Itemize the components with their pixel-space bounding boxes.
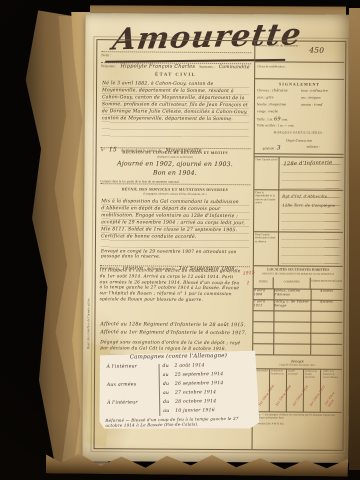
nom-row: Nom : (101, 43, 251, 53)
decision-subtitle: (Indiquer la date de la décision) (97, 155, 254, 159)
affectation-territoriale: Dans l'armée territoriale et dans sa rés… (254, 231, 343, 267)
matricule-box: Numéro matricule du recrutement : 450 (255, 41, 344, 63)
campagne-row-5-sep: du (163, 400, 169, 405)
campagne-row-6-sep: au (163, 409, 169, 414)
decision-line2: Bon en 1904. (96, 169, 253, 177)
taille-value: 69 (274, 116, 281, 122)
localites-row2-date: 7 avril 1913 (253, 299, 274, 310)
red-margin-number: 1 (247, 281, 250, 286)
epoque-subtitle: à laquelle l'homme doit passer dans : (253, 363, 342, 367)
affectation-territoriale-label: Dans l'armée territoriale et dans sa rés… (254, 231, 279, 265)
signalement-title: SIGNALEMENT (255, 81, 344, 87)
blank-cell (253, 321, 274, 332)
prenoms-value: Hippolyte François Charles (120, 63, 195, 70)
blank-cell (253, 332, 274, 343)
campagne-row-3-label: Aux armées (107, 382, 136, 387)
mobilisation-text: (1) Rappelé à l'activité par décret de m… (99, 268, 242, 321)
campagnes-slip: Campagnes (contre l'Allemagne) À l'intér… (98, 350, 259, 431)
blank-cell (273, 332, 311, 343)
bouche-value: moyenne (269, 102, 286, 106)
epoque-table: la disponibilité la réserve de l'armée a… (253, 368, 342, 413)
generale-value: 3 (277, 144, 281, 151)
localites-row1-subdivision: Amiens (311, 289, 343, 300)
affectation-active-label: Dans l'armée active (254, 156, 279, 189)
slip-brace-line (159, 364, 161, 416)
localites-row1-commune: Saleux, canton d'Amiens (274, 288, 312, 299)
etat-civil-title: ÉTAT CIVIL (97, 71, 254, 77)
campagne-row-1-label: À l'intérieur (107, 364, 138, 369)
footnote-2: la Section (Art. 4 de la loi). (255, 422, 340, 426)
prenoms-label: Prénoms : (101, 64, 116, 68)
taille-label: Taille : 1 m. (257, 117, 273, 121)
services-text: Mis à la disposition du Gal commandant l… (101, 198, 249, 248)
sig-visage: visage : ovale (257, 109, 278, 113)
right-column: Numéro matricule du recrutement : 450 Cl… (252, 41, 345, 450)
campagne-row-5-date: 28 octobre 1914 (175, 399, 216, 405)
surnoms-value: Commandité (219, 65, 250, 70)
matricule-value: 450 (309, 46, 324, 55)
affecte-line-1: Affecté au 128e Régiment d'Infanterie le… (100, 322, 248, 328)
campagne-row-3-date: 26 septembre 1914 (175, 381, 224, 387)
sig-bouche: bouche : moyenne (257, 102, 286, 106)
localites-row-blank-4 (253, 343, 342, 356)
localites-subtitle: PAR SUITE DE CHANGEMENTS DE DOMICILE OU … (254, 272, 343, 276)
register-page: Amourette Rayé des contrôles de l'armée … (82, 13, 351, 463)
surnoms-label: Surnoms : (199, 65, 215, 69)
yeux-value: gris (266, 95, 273, 99)
campagne-row-4-date: 27 octobre 1914 (175, 390, 216, 396)
menton-label: menton : (301, 103, 313, 107)
localites-col-dates: DATES (254, 277, 274, 288)
matricule-label: Numéro matricule du recrutement : (257, 44, 301, 48)
cheveux-value: châtains (272, 88, 288, 92)
visage-value: ovale (268, 109, 278, 113)
localites-col-subdivision: SUBDIVISION DE RÉGION (311, 278, 343, 289)
footnote-1: Nota. — Les époques ci-dessus ne concern… (255, 413, 340, 420)
campagne-row-1-date: 2 août 1914 (175, 363, 205, 368)
visage-label: visage : (257, 109, 267, 113)
nez-label: nez : (301, 96, 308, 100)
affectation-reserve-value1: Rgt d'Inf. d'Abbeville (282, 193, 327, 198)
blank-cell (273, 310, 311, 321)
sig-cheveux: Cheveux : châtains (257, 88, 288, 92)
localites-row2-subdivision: Amiens (310, 300, 342, 311)
margin-note: Rayé des contrôles de l'armée active (86, 249, 91, 349)
menton-value: rond (314, 103, 323, 107)
instruction-militaire: militaire : (307, 145, 320, 149)
book-right-edge (349, 8, 360, 470)
bouche-label: bouche : (257, 102, 269, 106)
campagne-row-1-sep: du (163, 364, 169, 369)
tirage-row: N° 15 du tirage dans le canton de Moyenn… (101, 138, 251, 149)
front-value: ordinaire (310, 89, 328, 93)
marques-label: MARQUES PARTICULIÈRES : (255, 130, 344, 135)
campagne-row-4-sep: au (163, 391, 169, 396)
generale-label: générale : (263, 146, 276, 150)
compris-line: Compris dans la 1re partie de la liste d… (100, 179, 250, 185)
classe-label: Classe de mobilisation : (257, 65, 301, 69)
affectation-reserve-label: Dans la disponibilité et la réserve de l… (254, 189, 279, 231)
classe-box: Classe de mobilisation : (255, 61, 344, 80)
front-label: front : (301, 89, 309, 93)
affectation-territoriale-lines (281, 231, 341, 265)
campagne-row-2-sep: au (163, 373, 169, 378)
blank-cell (273, 343, 311, 354)
sig-menton: menton : rond (301, 103, 323, 107)
instruction-label: Degré d'instruction (255, 138, 344, 143)
localites-title: LOCALITÉS SUCCESSIVES HABITÉES (254, 267, 343, 272)
localites-row2-commune: Cachy, c. de Villers-Bocage (273, 299, 311, 310)
campagnes-note: Réformé — Blessé d'un coup de feu à la t… (105, 416, 255, 429)
prenoms-row: Prénoms : Hippolyte François Charles Sur… (101, 54, 251, 64)
affecte-line-2: Affecté au 1er Régiment d'Infanterie le … (100, 330, 248, 336)
campagne-row-6-date: 10 janvier 1916 (175, 408, 215, 414)
campagne-row-3-sep: du (163, 382, 169, 387)
affectation-reserve-value2: 128e Terr. de Compiègne (282, 202, 335, 207)
instruction-generale: générale : 3 (263, 144, 281, 151)
taille-unit: cent. (282, 117, 289, 121)
blank-cell (253, 310, 274, 321)
sig-taille: Taille : 1 m. 69 cent. (257, 116, 288, 122)
services-subtitle: (Campagnes, blessures, actions d'éclat, … (96, 192, 253, 196)
campagne-row-5-label: À l'intérieur (107, 400, 138, 405)
yeux-label: yeux : (257, 95, 265, 99)
sig-nez: nez : moyen (301, 96, 321, 100)
sig-front: front : ordinaire (301, 89, 328, 93)
localites-col-communes: COMMUNES (274, 277, 311, 288)
sig-yeux: yeux : gris (257, 95, 274, 99)
taille-rectifiee-label: Taille rectifiée : 1 m. — cent. (257, 123, 295, 127)
campagne-row-2-date: 25 septembre 1914 (175, 372, 224, 378)
decision-line1: Ajourné en 1902, ajourné en 1903. (96, 160, 253, 169)
etat-civil-text: Né le 3 avril 1882, à Cahon-Gouy, canton… (102, 80, 249, 137)
localites-row1-date: 9 avril 1908 (254, 288, 275, 299)
nez-value: moyen (308, 96, 320, 100)
photo-of-register: { "colors": {"stamp_red": "#a63c2c", "in… (0, 0, 360, 480)
blank-cell (273, 321, 311, 332)
blank-cell (253, 343, 274, 354)
affectation-active: Dans l'armée active 128e d'Infanterie (254, 156, 343, 191)
affectation-reserve: Dans la disponibilité et la réserve de l… (254, 189, 343, 233)
passe-reserve-row: Passé dans la réserve de l'armée active … (100, 256, 250, 267)
cheveux-label: Cheveux : (257, 88, 271, 92)
